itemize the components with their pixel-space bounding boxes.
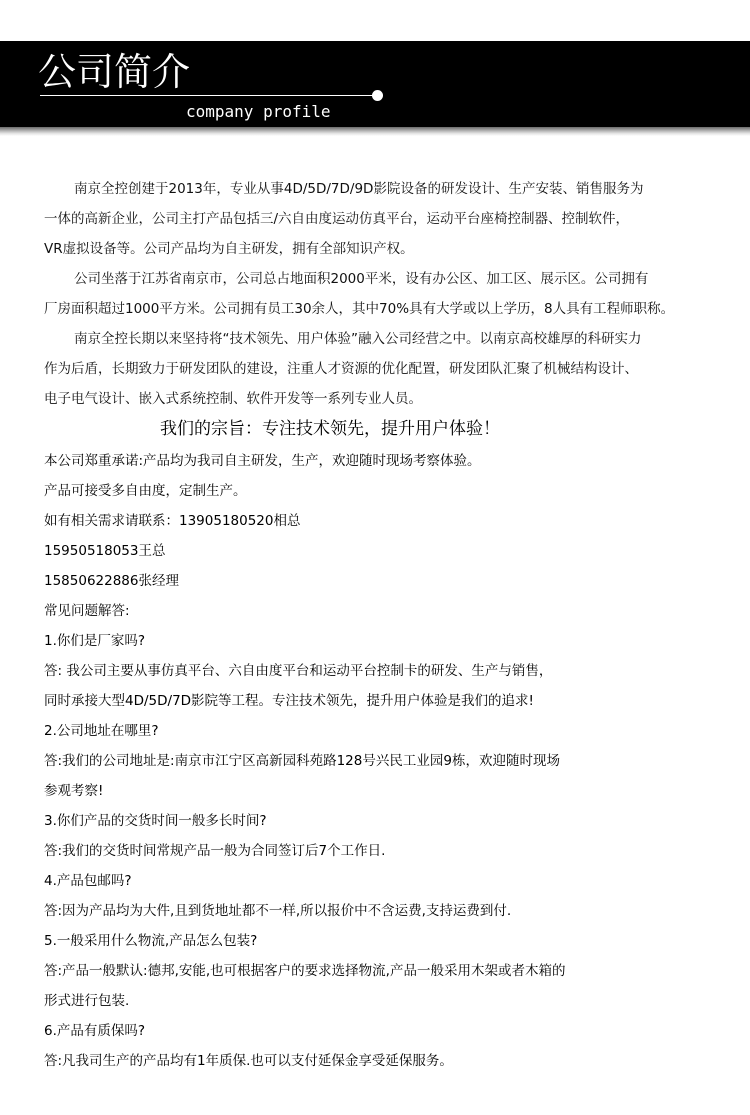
faq-answer-6: 答:凡我司生产的产品均有1年质保.也可以支付延保金享受延保服务。 [44,1046,724,1076]
contact-line-3: 15850622886张经理 [44,566,724,596]
motto-text: 我们的宗旨：专注技术领先，提升用户体验！ [160,419,500,439]
intro-p3-line3: 电子电气设计、嵌入式系统控制、软件开发等一系列专业人员。 [44,384,724,414]
promise-line: 本公司郑重承诺:产品均为我司自主研发，生产，欢迎随时现场考察体验。 [44,446,724,476]
faq-question-5: 5.一般采用什么物流,产品怎么包装? [44,926,724,956]
faq-answer-3: 答:我们的交货时间常规产品一般为合同签订后7个工作日. [44,836,724,866]
title-underline-dot-icon [372,90,383,101]
contact-line-2: 15950518053王总 [44,536,724,566]
intro-p1-line2: 一体的高新企业，公司主打产品包括三/六自由度运动仿真平台，运动平台座椅控制器、控… [44,204,724,234]
intro-p2-line2: 厂房面积超过1000平方米。公司拥有员工30余人，其中70%具有大学或以上学历，… [44,294,724,324]
faq-question-6: 6.产品有质保吗? [44,1016,724,1046]
faq-answer-5-line2: 形式进行包装. [44,986,724,1016]
faq-and-contact: 本公司郑重承诺:产品均为我司自主研发，生产，欢迎随时现场考察体验。 产品可接受多… [44,446,724,1076]
faq-question-2: 2.公司地址在哪里? [44,716,724,746]
company-intro: 南京全控创建于2013年，专业从事4D/5D/7D/9D影院设备的研发设计、生产… [44,174,724,414]
faq-answer-1-line1: 答: 我公司主要从事仿真平台、六自由度平台和运动平台控制卡的研发、生产与销售， [44,656,724,686]
title-underline-divider [40,95,377,96]
header-banner-shadow [0,127,750,136]
intro-p1-line1: 南京全控创建于2013年，专业从事4D/5D/7D/9D影院设备的研发设计、生产… [44,174,724,204]
faq-answer-2-line2: 参观考察! [44,776,724,806]
intro-p2-line1: 公司坐落于江苏省南京市，公司总占地面积2000平米，设有办公区、加工区、展示区。… [44,264,724,294]
company-motto: 我们的宗旨：专注技术领先，提升用户体验！ [0,416,660,442]
faq-answer-4: 答:因为产品均为大件,且到货地址都不一样,所以报价中不含运费,支持运费到付. [44,896,724,926]
intro-p3-line2: 作为后盾，长期致力于研发团队的建设，注重人才资源的优化配置，研发团队汇聚了机械结… [44,354,724,384]
intro-p1-line3: VR虚拟设备等。公司产品均为自主研发，拥有全部知识产权。 [44,234,724,264]
page-title: 公司简介 [38,50,190,94]
faq-question-3: 3.你们产品的交货时间一般多长时间? [44,806,724,836]
faq-question-4: 4.产品包邮吗? [44,866,724,896]
faq-answer-2-line1: 答:我们的公司地址是:南京市江宁区高新园科苑路128号兴民工业园9栋，欢迎随时现… [44,746,724,776]
faq-heading: 常见问题解答: [44,596,724,626]
page-subtitle: company profile [186,102,331,122]
customization-line: 产品可接受多自由度，定制生产。 [44,476,724,506]
faq-answer-5-line1: 答:产品一般默认:德邦,安能,也可根据客户的要求选择物流,产品一般采用木架或者木… [44,956,724,986]
contact-line-1: 如有相关需求请联系：13905180520相总 [44,506,724,536]
intro-p3-line1: 南京全控长期以来坚持将“技术领先、用户体验”融入公司经营之中。以南京高校雄厚的科… [44,324,724,354]
faq-question-1: 1.你们是厂家吗? [44,626,724,656]
faq-answer-1-line2: 同时承接大型4D/5D/7D影院等工程。专注技术领先，提升用户体验是我们的追求! [44,686,724,716]
